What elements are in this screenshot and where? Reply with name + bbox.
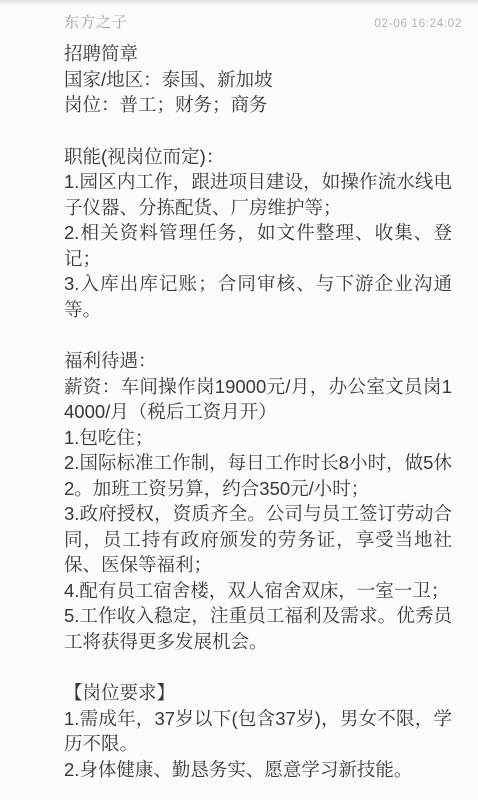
- requirements-heading: 【岗位要求】: [64, 680, 452, 706]
- benefits-heading: 福利待遇：: [64, 348, 452, 374]
- message-body: 招聘简章 国家/地区：泰国、新加坡 岗位：普工；财务；商务 职能(视岗位而定)：…: [0, 41, 478, 782]
- positions-line: 岗位：普工；财务；商务: [64, 92, 452, 118]
- benefit-item-2: 2.国际标准工作制，每日工作时长8小时，做5休2。加班工资另算，约合350元/小…: [64, 450, 452, 501]
- paragraph-requirements: 【岗位要求】 1.需成年，37岁以下(包含37岁)，男女不限，学历不限。 2.身…: [64, 680, 452, 782]
- country-region-line: 国家/地区：泰国、新加坡: [64, 67, 452, 93]
- sender-name: 东方之子: [64, 13, 128, 33]
- requirement-item-2: 2.身体健康、勤恳务实、愿意学习新技能。: [64, 757, 452, 783]
- duty-item-1: 1.园区内工作，跟进项目建设，如操作流水线电子仪器、分拣配货、厂房维护等；: [64, 169, 452, 220]
- recruitment-title: 招聘简章: [64, 41, 452, 67]
- benefit-item-1: 1.包吃住；: [64, 425, 452, 451]
- salary-line: 薪资：车间操作岗19000元/月，办公室文员岗14000/月（税后工资月开）: [64, 374, 452, 425]
- chat-message-screenshot: 东方之子 02-06 16:24:02 招聘简章 国家/地区：泰国、新加坡 岗位…: [0, 0, 478, 800]
- benefit-item-3: 3.政府授权，资质齐全。公司与员工签订劳动合同，员工持有政府颁发的劳务证，享受当…: [64, 501, 452, 578]
- message-timestamp: 02-06 16:24:02: [374, 15, 462, 31]
- paragraph-duties: 职能(视岗位而定)： 1.园区内工作，跟进项目建设，如操作流水线电子仪器、分拣配…: [64, 144, 452, 323]
- paragraph-intro: 招聘简章 国家/地区：泰国、新加坡 岗位：普工；财务；商务: [64, 41, 452, 118]
- duty-item-3: 3.入库出库记账；合同审核、与下游企业沟通等。: [64, 271, 452, 322]
- benefit-item-5: 5.工作收入稳定，注重员工福利及需求。优秀员工将获得更多发展机会。: [64, 603, 452, 654]
- requirement-item-1: 1.需成年，37岁以下(包含37岁)，男女不限，学历不限。: [64, 706, 452, 757]
- duty-item-2: 2.相关资料管理任务，如文件整理、收集、登记；: [64, 220, 452, 271]
- duties-heading: 职能(视岗位而定)：: [64, 144, 452, 170]
- benefit-item-4: 4.配有员工宿舍楼，双人宿舍双床，一室一卫；: [64, 578, 452, 604]
- message-header: 东方之子 02-06 16:24:02: [0, 0, 478, 33]
- paragraph-benefits: 福利待遇： 薪资：车间操作岗19000元/月，办公室文员岗14000/月（税后工…: [64, 348, 452, 654]
